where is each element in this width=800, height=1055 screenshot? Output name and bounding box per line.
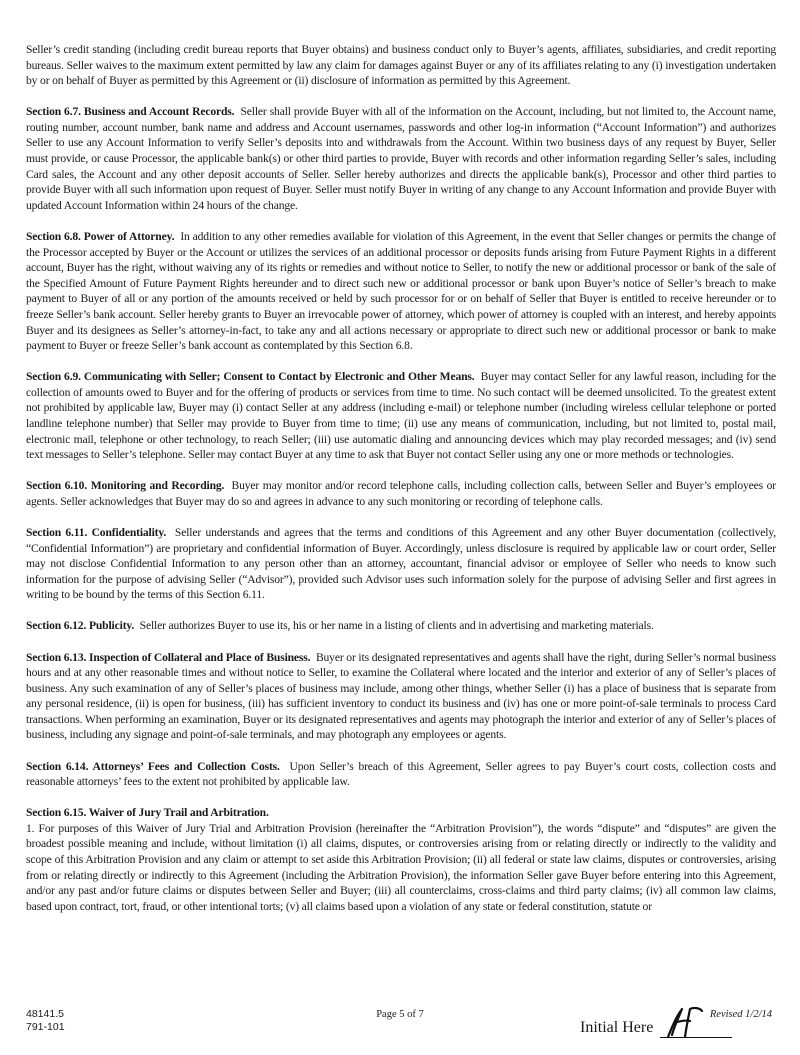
section-heading: Section 6.10. Monitoring and Recording. [26, 479, 224, 492]
section-body: In addition to any other remedies availa… [26, 230, 776, 352]
section-6-14: Section 6.14. Attorneys’ Fees and Collec… [26, 759, 776, 790]
section-6-10: Section 6.10. Monitoring and Recording. … [26, 478, 776, 509]
initial-signature-line[interactable] [660, 1019, 732, 1038]
section-heading: Section 6.13. Inspection of Collateral a… [26, 651, 310, 664]
section-6-11: Section 6.11. Confidentiality. Seller un… [26, 525, 776, 603]
section-body: Buyer may contact Seller for any lawful … [26, 370, 776, 461]
document-page: Seller’s credit standing (including cred… [26, 42, 776, 914]
section-heading: Section 6.9. Communicating with Seller; … [26, 370, 475, 383]
section-heading: Section 6.14. Attorneys’ Fees and Collec… [26, 760, 280, 773]
section-body: Buyer or its designated representatives … [26, 651, 776, 742]
section-6-9: Section 6.9. Communicating with Seller; … [26, 369, 776, 463]
section-heading: Section 6.7. Business and Account Record… [26, 105, 234, 118]
section-heading: Section 6.11. Confidentiality. [26, 526, 166, 539]
section-heading: Section 6.12. Publicity. [26, 619, 134, 632]
section-6-7: Section 6.7. Business and Account Record… [26, 104, 776, 213]
section-6-8: Section 6.8. Power of Attorney. In addit… [26, 229, 776, 354]
section-heading: Section 6.8. Power of Attorney. [26, 230, 174, 243]
section-6-12: Section 6.12. Publicity. Seller authoriz… [26, 618, 776, 634]
handwritten-initials-icon [660, 1005, 720, 1039]
section-6-13: Section 6.13. Inspection of Collateral a… [26, 650, 776, 744]
section-6-15-heading: Section 6.15. Waiver of Jury Trail and A… [26, 805, 776, 821]
intro-paragraph: Seller’s credit standing (including cred… [26, 42, 776, 89]
section-body: Seller authorizes Buyer to use its, his … [140, 619, 654, 632]
section-body: Seller shall provide Buyer with all of t… [26, 105, 776, 212]
form-number: 791-101 [26, 1021, 65, 1034]
initial-here-field[interactable]: Initial Here [580, 1018, 732, 1038]
section-6-15-item-1: 1. For purposes of this Waiver of Jury T… [26, 821, 776, 915]
initial-label: Initial Here [580, 1019, 653, 1036]
